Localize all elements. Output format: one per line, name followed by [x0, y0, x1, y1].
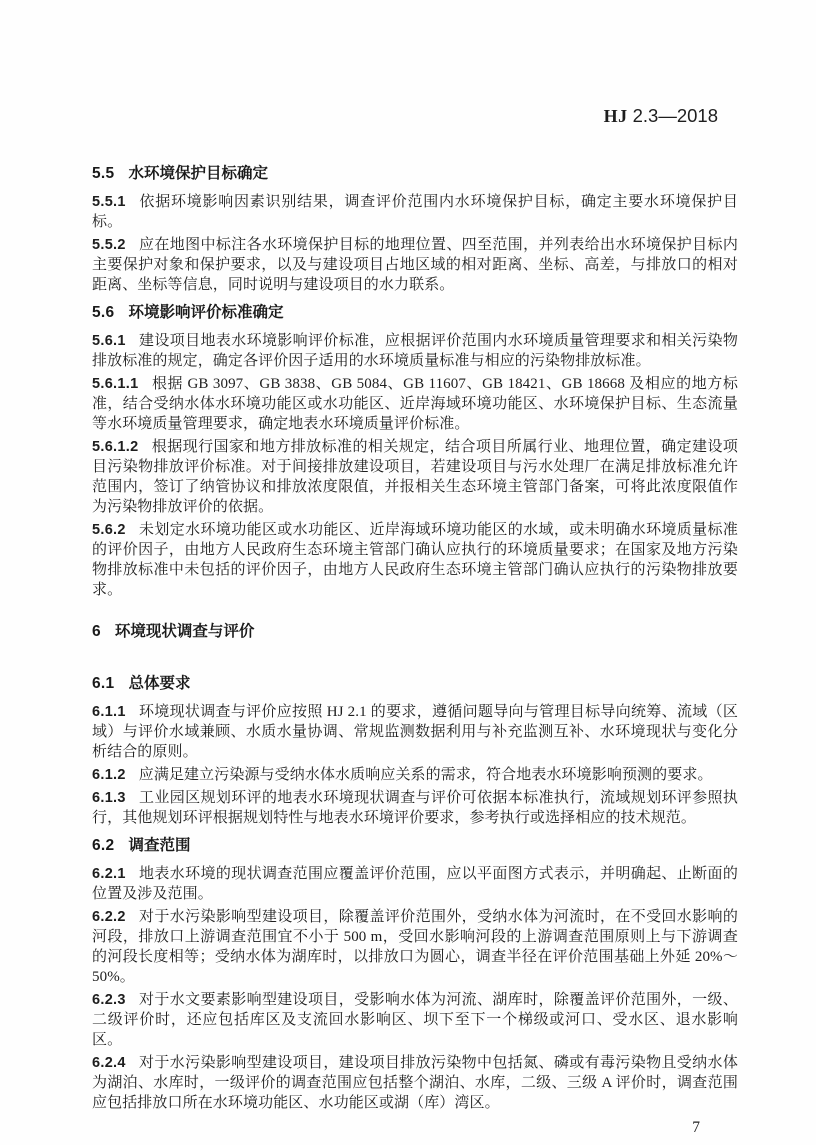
standard-number: 2.3—2018 — [633, 105, 718, 126]
chapter-heading-6: 6环境现状调查与评价 — [92, 622, 738, 642]
page-number: 7 — [92, 1119, 738, 1137]
clause-number: 6.2.4 — [92, 1055, 126, 1071]
clause-5-6-1: 5.6.1建设项目地表水环境影响评价标准，应根据评价范围内水环境质量管理要求和相… — [92, 331, 738, 371]
clause-6-2-3: 6.2.3对于水文要素影响型建设项目，受影响水体为河流、湖库时，除覆盖评价范围外… — [92, 990, 738, 1050]
standard-prefix: HJ — [604, 106, 628, 126]
heading-title: 调查范围 — [128, 837, 190, 854]
clause-number: 5.5.1 — [92, 194, 126, 210]
section-heading-5-5: 5.5水环境保护目标确定 — [92, 164, 738, 184]
clause-number: 5.5.2 — [92, 237, 126, 253]
clause-5-6-1-1: 5.6.1.1根据 GB 3097、GB 3838、GB 5084、GB 116… — [92, 374, 738, 434]
clause-6-1-1: 6.1.1环境现状调查与评价应按照 HJ 2.1 的要求，遵循问题导向与管理目标… — [92, 702, 738, 762]
clause-text: 地表水环境的现状调查范围应覆盖评价范围，应以平面图方式表示，并明确起、止断面的位… — [92, 866, 738, 902]
heading-title: 环境现状调查与评价 — [115, 623, 255, 640]
section-heading-5-6: 5.6环境影响评价标准确定 — [92, 303, 738, 323]
clause-6-2-1: 6.2.1地表水环境的现状调查范围应覆盖评价范围，应以平面图方式表示，并明确起、… — [92, 864, 738, 904]
heading-title: 总体要求 — [128, 675, 190, 692]
clause-text: 对于水污染影响型建设项目，除覆盖评价范围外，受纳水体为河流时，在不受回水影响的河… — [92, 909, 738, 985]
clause-text: 应在地图中标注各水环境保护目标的地理位置、四至范围，并列表给出水环境保护目标内主… — [92, 237, 738, 293]
clause-5-6-1-2: 5.6.1.2根据现行国家和地方排放标准的相关规定，结合项目所属行业、地理位置，… — [92, 437, 738, 517]
clause-number: 5.6.1 — [92, 333, 126, 349]
section-heading-6-2: 6.2调查范围 — [92, 836, 738, 856]
clause-number: 5.6.1.2 — [92, 439, 138, 455]
clause-number: 5.6.2 — [92, 522, 126, 538]
clause-6-2-4: 6.2.4对于水污染影响型建设项目，建设项目排放污染物中包括氮、磷或有毒污染物且… — [92, 1053, 738, 1113]
clause-number: 6.2.2 — [92, 909, 126, 925]
document-page: HJ2.3—2018 5.5水环境保护目标确定 5.5.1依据环境影响因素识别结… — [0, 0, 816, 1145]
clause-number: 6.2.3 — [92, 992, 126, 1008]
clause-number: 6.2.1 — [92, 866, 126, 882]
clause-text: 未划定水环境功能区或水功能区、近岸海域环境功能区的水域，或未明确水环境质量标准的… — [92, 522, 738, 598]
clause-text: 对于水污染影响型建设项目，建设项目排放污染物中包括氮、磷或有毒污染物且受纳水体为… — [92, 1055, 738, 1111]
clause-6-1-2: 6.1.2应满足建立污染源与受纳水体水质响应关系的需求，符合地表水环境影响预测的… — [92, 765, 738, 785]
heading-number: 5.6 — [92, 304, 114, 321]
clause-5-6-2: 5.6.2未划定水环境功能区或水功能区、近岸海域环境功能区的水域，或未明确水环境… — [92, 520, 738, 600]
clause-text: 建设项目地表水环境影响评价标准，应根据评价范围内水环境质量管理要求和相关污染物排… — [92, 333, 738, 369]
clause-text: 根据 GB 3097、GB 3838、GB 5084、GB 11607、GB 1… — [92, 376, 738, 432]
heading-number: 6.2 — [92, 837, 114, 854]
clause-6-2-2: 6.2.2对于水污染影响型建设项目，除覆盖评价范围外，受纳水体为河流时，在不受回… — [92, 907, 738, 987]
section-heading-6-1: 6.1总体要求 — [92, 674, 738, 694]
clause-number: 5.6.1.1 — [92, 376, 138, 392]
heading-number: 6 — [92, 623, 101, 640]
document-header: HJ2.3—2018 — [92, 108, 738, 126]
heading-title: 环境影响评价标准确定 — [128, 304, 283, 321]
clause-text: 应满足建立污染源与受纳水体水质响应关系的需求，符合地表水环境影响预测的要求。 — [139, 767, 713, 783]
heading-number: 5.5 — [92, 165, 114, 182]
clause-text: 依据环境影响因素识别结果，调查评价范围内水环境保护目标，确定主要水环境保护目标。 — [92, 194, 738, 230]
clause-text: 根据现行国家和地方排放标准的相关规定，结合项目所属行业、地理位置，确定建设项目污… — [92, 439, 738, 515]
clause-number: 6.1.3 — [92, 790, 126, 806]
clause-6-1-3: 6.1.3工业园区规划环评的地表水环境现状调查与评价可依据本标准执行，流域规划环… — [92, 788, 738, 828]
heading-title: 水环境保护目标确定 — [128, 165, 268, 182]
clause-number: 6.1.2 — [92, 767, 126, 783]
clause-5-5-1: 5.5.1依据环境影响因素识别结果，调查评价范围内水环境保护目标，确定主要水环境… — [92, 192, 738, 232]
clause-text: 对于水文要素影响型建设项目，受影响水体为河流、湖库时，除覆盖评价范围外，一级、二… — [92, 992, 738, 1048]
clause-5-5-2: 5.5.2应在地图中标注各水环境保护目标的地理位置、四至范围，并列表给出水环境保… — [92, 235, 738, 295]
clause-number: 6.1.1 — [92, 704, 126, 720]
clause-text: 环境现状调查与评价应按照 HJ 2.1 的要求，遵循问题导向与管理目标导向统筹、… — [92, 704, 738, 760]
clause-text: 工业园区规划环评的地表水环境现状调查与评价可依据本标准执行，流域规划环评参照执行… — [92, 790, 738, 826]
heading-number: 6.1 — [92, 675, 114, 692]
